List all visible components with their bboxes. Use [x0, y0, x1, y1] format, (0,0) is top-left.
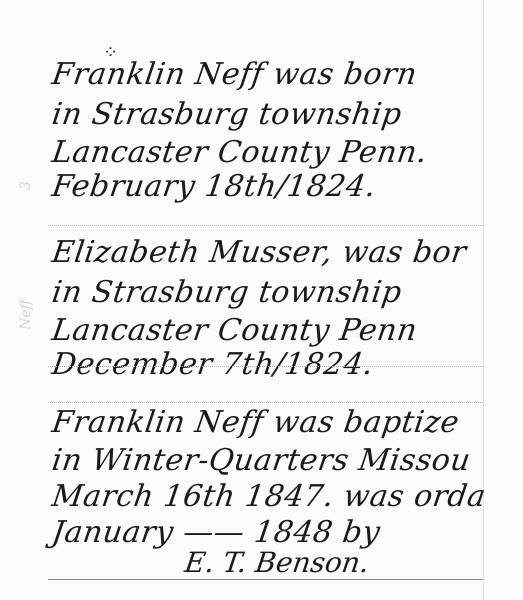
- p3-line-2: in Winter-Quarters Missou: [50, 446, 472, 476]
- rule-line: [48, 225, 483, 226]
- p3-line-1: Franklin Neff was baptize: [50, 408, 461, 438]
- scan-margin: [484, 0, 523, 600]
- signature: E. T. Benson.: [183, 546, 372, 579]
- rule-line: [48, 402, 483, 403]
- p3-line-3: March 16th 1847. was ordain: [50, 482, 518, 512]
- margin-note-name: Neff: [18, 300, 34, 330]
- p2-line-3: Lancaster County Penn: [50, 316, 419, 346]
- margin-note-number: 3: [18, 181, 34, 190]
- p1-line-3: Lancaster County Penn.: [50, 138, 429, 168]
- p2-line-1: Elizabeth Musser, was bor: [50, 238, 468, 268]
- p1-line-4: February 18th/1824.: [50, 172, 378, 202]
- p2-line-4: December 7th/1824.: [50, 350, 375, 380]
- p3-line-4: January —— 1848 by: [50, 518, 382, 548]
- rule-line: [48, 366, 483, 367]
- p1-line-2: in Strasburg township: [50, 100, 404, 130]
- p1-line-1: Franklin Neff was born: [50, 60, 419, 90]
- p2-line-2: in Strasburg township: [50, 278, 404, 308]
- document-page: 3 Neff ⁘ Franklin Neff was born in Stras…: [0, 0, 484, 600]
- rule-line-bottom: [48, 579, 483, 580]
